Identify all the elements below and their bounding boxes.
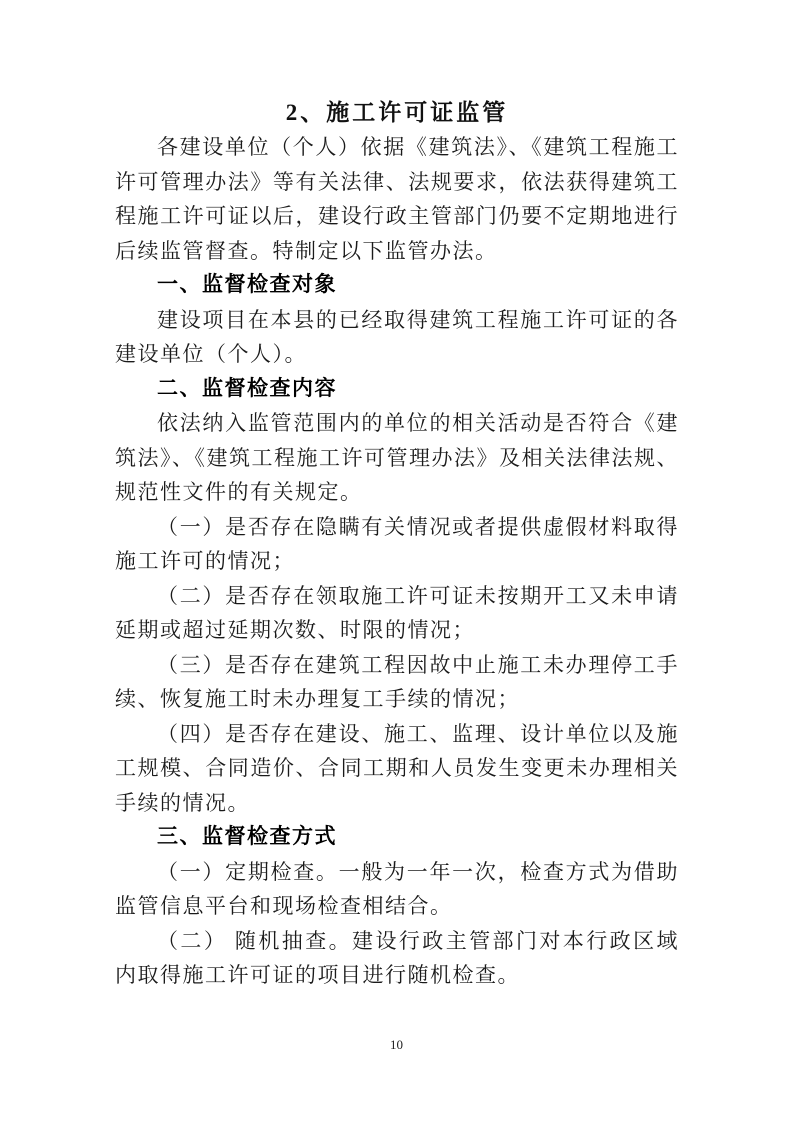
page-number: 10 [0,1036,793,1054]
section-heading-1: 一、监督检查对象 [115,268,679,303]
section-heading-2: 二、监督检查内容 [115,372,679,407]
body-paragraph-item-1: （一）是否存在隐瞒有关情况或者提供虚假材料取得施工许可的情况； [115,510,679,579]
document-content: 2、施工许可证监管 各建设单位（个人）依据《建筑法》、《建筑工程施工许可管理办法… [115,96,679,993]
section-heading-3: 三、监督检查方式 [115,820,679,855]
document-page: 2、施工许可证监管 各建设单位（个人）依据《建筑法》、《建筑工程施工许可管理办法… [0,0,793,1122]
body-paragraph-objects: 建设项目在本县的已经取得建筑工程施工许可证的各建设单位（个人）。 [115,303,679,372]
body-paragraph-method-1: （一）定期检查。一般为一年一次，检查方式为借助监管信息平台和现场检查相结合。 [115,855,679,924]
body-paragraph-content-intro: 依法纳入监管范围内的单位的相关活动是否符合《建筑法》、《建筑工程施工许可管理办法… [115,406,679,510]
body-paragraph-intro: 各建设单位（个人）依据《建筑法》、《建筑工程施工许可管理办法》等有关法律、法规要… [115,130,679,268]
page-title: 2、施工许可证监管 [115,96,679,130]
body-paragraph-item-4: （四）是否存在建设、施工、监理、设计单位以及施工规模、合同造价、合同工期和人员发… [115,717,679,821]
body-paragraph-item-2: （二）是否存在领取施工许可证未按期开工又未申请延期或超过延期次数、时限的情况； [115,579,679,648]
body-paragraph-method-2: （二） 随机抽查。建设行政主管部门对本行政区域内取得施工许可证的项目进行随机检查… [115,924,679,993]
body-paragraph-item-3: （三）是否存在建筑工程因故中止施工未办理停工手续、恢复施工时未办理复工手续的情况… [115,648,679,717]
